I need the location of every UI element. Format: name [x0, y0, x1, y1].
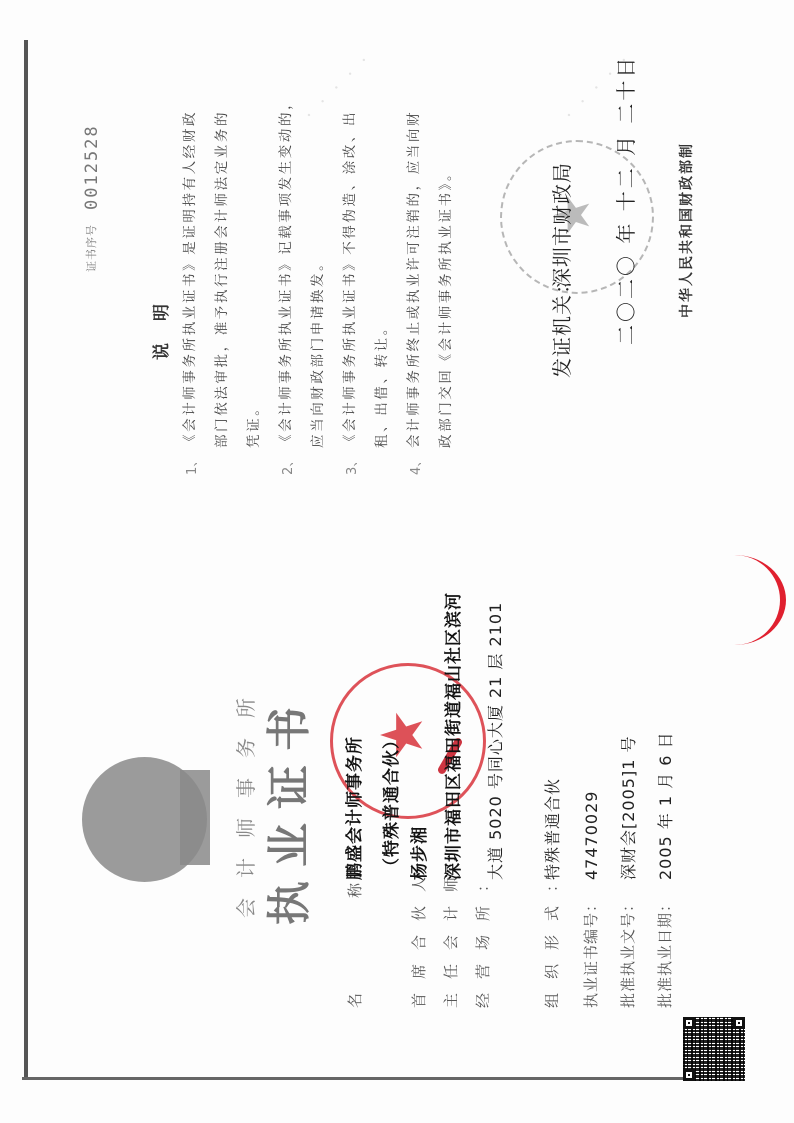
note-number: 4、: [410, 454, 423, 475]
note-line: 政部门交回《会计师事务所执业证书》。: [440, 165, 454, 448]
explanation-heading: 说明: [154, 282, 171, 360]
note-number: 2、: [282, 454, 295, 475]
firm-name-line2: （特殊普通合伙）: [384, 731, 401, 875]
page-border-left: [24, 40, 28, 1080]
qr-finder: [683, 1017, 695, 1029]
note-line: 应当向财政部门申请换发。: [312, 255, 326, 448]
approval-date-label: 批准执业日期：: [658, 896, 673, 1008]
ministry-line: 中华人民共和国财政部制: [680, 142, 694, 318]
serial-number: 0012528: [84, 124, 101, 210]
qr-code-icon[interactable]: [683, 1017, 745, 1081]
approval-document-value: 深财会[2005]1 号: [621, 736, 637, 880]
note-number: 1、: [186, 454, 199, 475]
red-seal-arc: [700, 555, 786, 645]
organization-form-value: 特殊普通合伙: [545, 778, 561, 880]
note-line: 《会计师事务所执业证书》不得伪造、涂改、出: [344, 110, 358, 448]
scanned-certificate-page: · · · · · · · · · · 证书序号 0012528 说明 1、 《…: [0, 0, 794, 1123]
organization-form-label: 组织形式：: [545, 863, 560, 1008]
certificate-title-main: 执业证书: [268, 693, 312, 925]
certificate-title-sub: 会计师事务所: [236, 678, 256, 918]
national-emblem-base: [180, 770, 210, 865]
serial-label: 证书序号: [86, 224, 97, 272]
business-address-line2: 大道 5020 号同心大厦 21 层 2101: [488, 602, 504, 880]
firm-name-line1: 鹏盛会计师事务所: [347, 736, 364, 880]
certificate-number-label: 执业证书编号：: [584, 896, 599, 1008]
note-line: 会计师事务所终止或执业许可注销的，应当向财: [408, 110, 422, 448]
page-border-bottom: [22, 1077, 692, 1080]
note-line: 凭证。: [248, 400, 262, 448]
qr-finder: [683, 1069, 695, 1081]
note-line: 租、出借、转让。: [376, 319, 390, 448]
business-address-label: 经营场所：: [476, 863, 491, 1008]
note-line: 《会计师事务所执业证书》记载事项发生变动的，: [280, 94, 294, 448]
note-number: 3、: [346, 454, 359, 475]
issuer-label: 发证机关：: [552, 273, 572, 378]
watermark: · · · · ·: [300, 48, 377, 125]
approval-date-value: 2005 年 1 月 6 日: [658, 731, 674, 880]
note-line: 《会计师事务所执业证书》是证明持有人经财政: [184, 110, 198, 448]
issue-date: 二〇二〇 年 十二 月 二十日: [616, 55, 636, 345]
qr-finder: [733, 1017, 745, 1029]
approval-document-label: 批准执业文号：: [621, 896, 636, 1008]
certificate-number-value: 47470029: [584, 791, 600, 880]
issuer-value: 深圳市财政局: [552, 162, 572, 288]
chief-partner-value: 杨步湘: [412, 826, 429, 880]
note-line: 部门依法审批，准予执行注册会计师法定业务的: [216, 110, 230, 448]
red-seal-star-icon: ★: [372, 705, 432, 765]
business-address-line1: 深圳市福田区福田街道福山社区滨河: [446, 592, 463, 880]
